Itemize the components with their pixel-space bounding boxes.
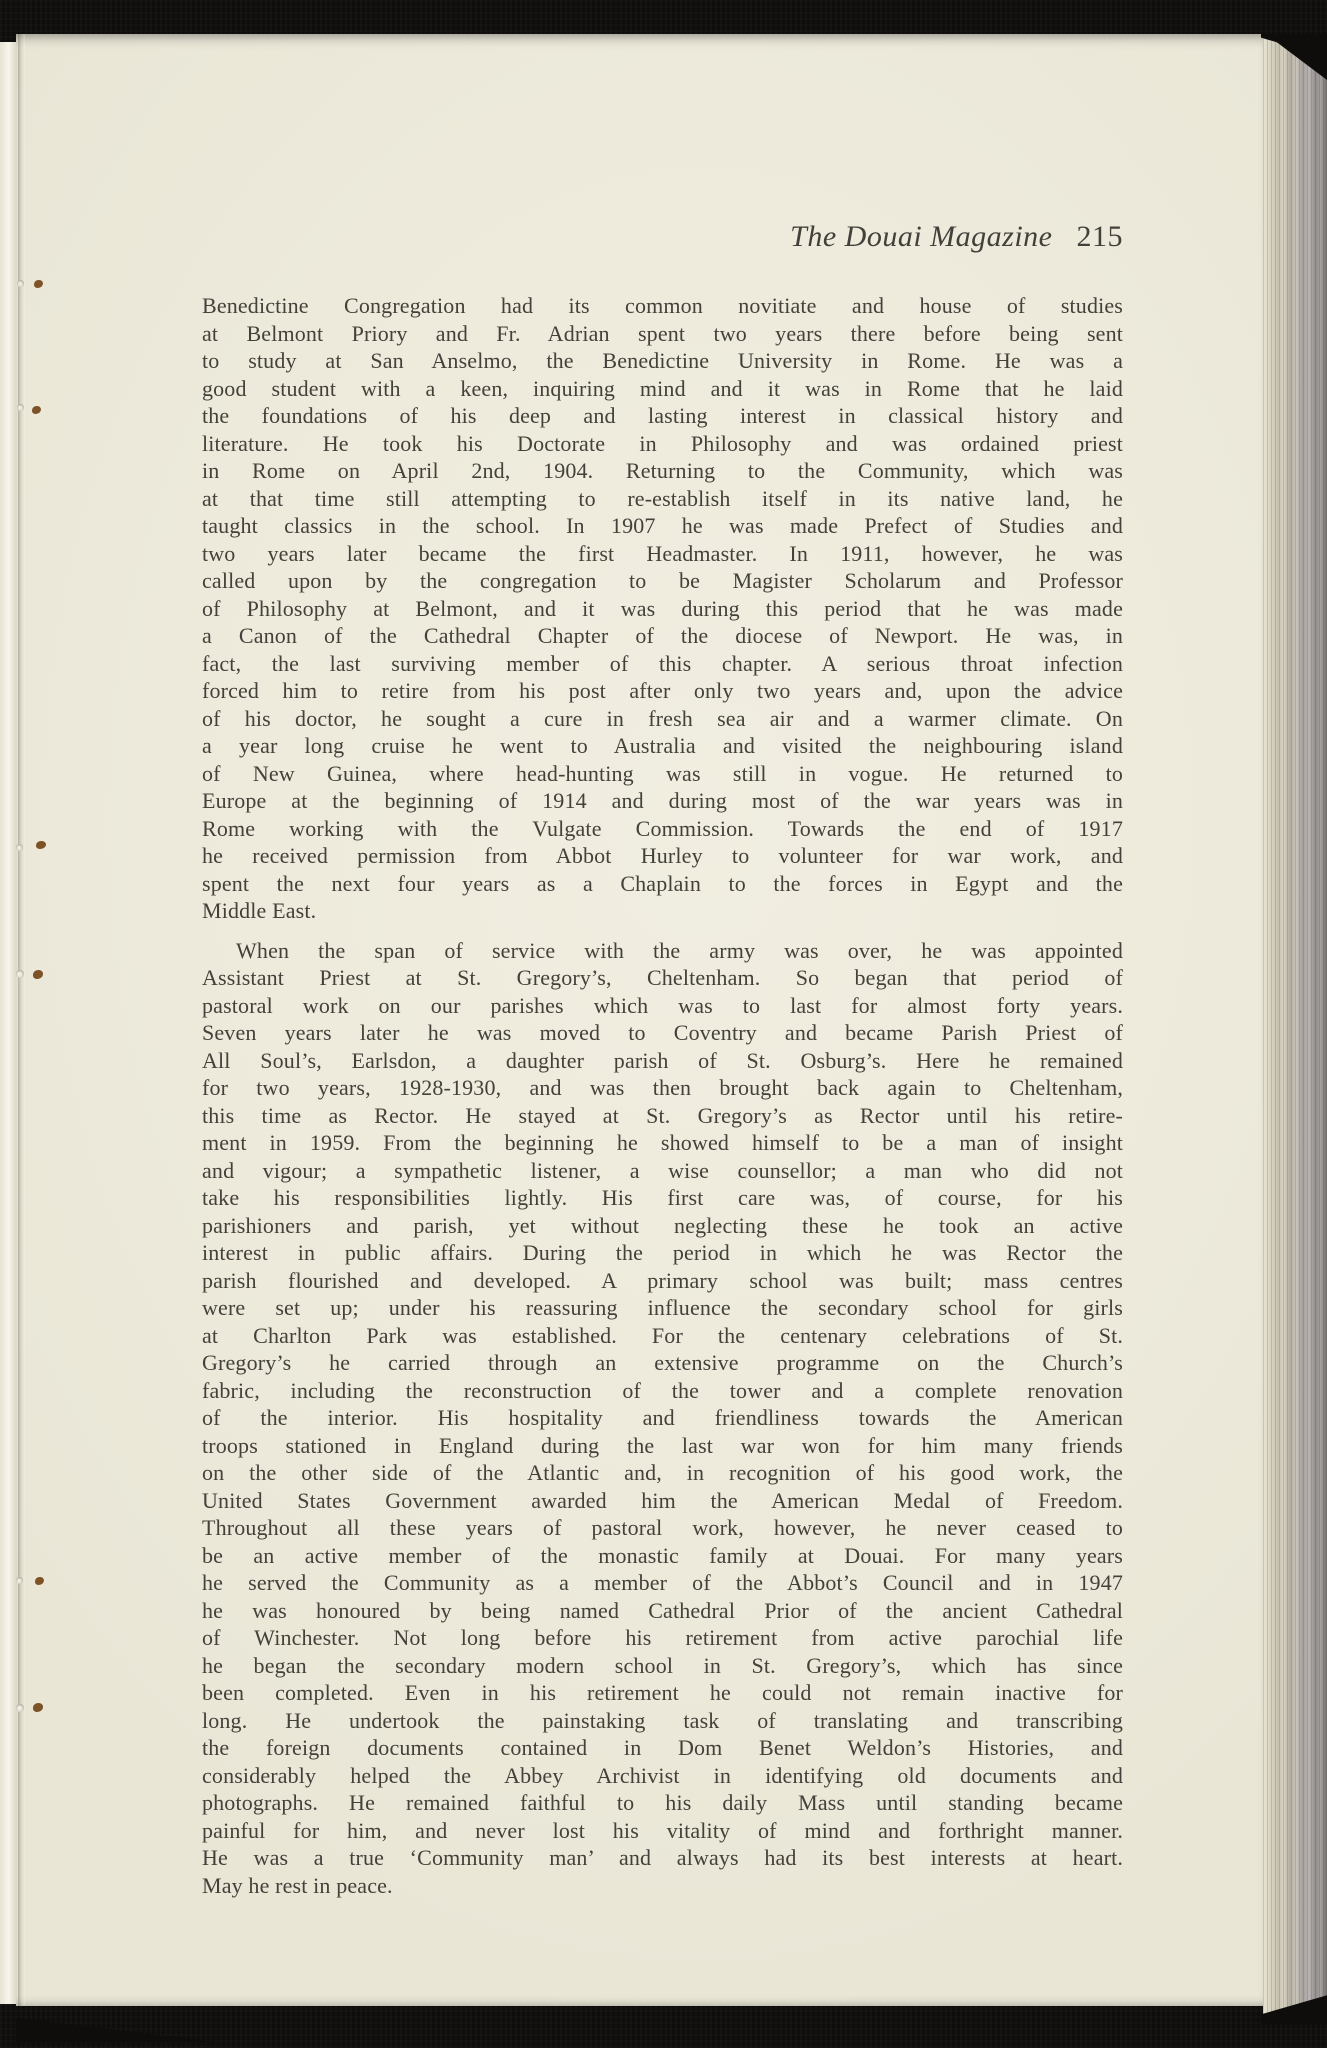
text-line: parishioners and parish, yet without neg… xyxy=(202,1212,1123,1240)
text-line: fact, the last surviving member of this … xyxy=(202,650,1123,678)
text-line: troops stationed in England during the l… xyxy=(202,1432,1123,1460)
text-line: in Rome on April 2nd, 1904. Returning to… xyxy=(202,457,1123,485)
text-line: called upon by the congregation to be Ma… xyxy=(202,567,1123,595)
text-line: taught classics in the school. In 1907 h… xyxy=(202,512,1123,540)
text-line: fabric, including the reconstruction of … xyxy=(202,1377,1123,1405)
page-number: 215 xyxy=(1077,220,1124,253)
text-line: photographs. He remained faithful to his… xyxy=(202,1789,1123,1817)
text-line: Assistant Priest at St. Gregory’s, Chelt… xyxy=(202,964,1123,992)
text-line: long. He undertook the painstaking task … xyxy=(202,1707,1123,1735)
text-line: Europe at the beginning of 1914 and duri… xyxy=(202,787,1123,815)
text-line: of the interior. His hospitality and fri… xyxy=(202,1404,1123,1432)
text-line: and vigour; a sympathetic listener, a wi… xyxy=(202,1157,1123,1185)
facing-page-edge xyxy=(0,42,16,2004)
text-line: of New Guinea, where head-hunting was st… xyxy=(202,760,1123,788)
running-header: The Douai Magazine215 xyxy=(202,220,1123,254)
text-line: spent the next four years as a Chaplain … xyxy=(202,870,1123,898)
background-shadow xyxy=(16,2018,216,2042)
text-line: he received permission from Abbot Hurley… xyxy=(202,842,1123,870)
scanned-book-photo: The Douai Magazine215 Benedictine Congre… xyxy=(0,0,1327,2048)
text-line: on the other side of the Atlantic and, i… xyxy=(202,1459,1123,1487)
text-line: pastoral work on our parishes which was … xyxy=(202,992,1123,1020)
text-line: he was honoured by being named Cathedral… xyxy=(202,1597,1123,1625)
stitch-hole-mark xyxy=(17,280,24,287)
paragraph-1: Benedictine Congregation had its common … xyxy=(202,292,1123,925)
text-line: at that time still attempting to re-esta… xyxy=(202,485,1123,513)
text-line: take his responsibilities lightly. His f… xyxy=(202,1184,1123,1212)
text-line: at Belmont Priory and Fr. Adrian spent t… xyxy=(202,320,1123,348)
text-line: be an active member of the monastic fami… xyxy=(202,1542,1123,1570)
text-line: been completed. Even in his retirement h… xyxy=(202,1679,1123,1707)
text-line: were set up; under his reassuring influe… xyxy=(202,1294,1123,1322)
text-line: Benedictine Congregation had its common … xyxy=(202,292,1123,320)
stain-mark xyxy=(33,1703,43,1712)
text-line: Gregory’s he carried through an extensiv… xyxy=(202,1349,1123,1377)
text-line: All Soul’s, Earlsdon, a daughter parish … xyxy=(202,1047,1123,1075)
stain-mark xyxy=(36,841,46,849)
stitch-hole-mark xyxy=(16,1704,24,1712)
stitch-hole-mark xyxy=(16,1577,23,1584)
text-line: a year long cruise he went to Australia … xyxy=(202,732,1123,760)
text-line: interest in public affairs. During the p… xyxy=(202,1239,1123,1267)
text-line: of Philosophy at Belmont, and it was dur… xyxy=(202,595,1123,623)
text-line: Rome working with the Vulgate Commission… xyxy=(202,815,1123,843)
text-line: of his doctor, he sought a cure in fresh… xyxy=(202,705,1123,733)
text-line: the foreign documents contained in Dom B… xyxy=(202,1734,1123,1762)
text-line: good student with a keen, inquiring mind… xyxy=(202,375,1123,403)
book-fore-edge-pages xyxy=(1263,38,1327,2016)
text-line: United States Government awarded him the… xyxy=(202,1487,1123,1515)
stitch-hole-mark xyxy=(16,844,23,851)
text-line: considerably helped the Abbey Archivist … xyxy=(202,1762,1123,1790)
text-line: May he rest in peace. xyxy=(202,1872,1123,1900)
text-line: ment in 1959. From the beginning he show… xyxy=(202,1129,1123,1157)
text-line: literature. He took his Doctorate in Phi… xyxy=(202,430,1123,458)
stain-mark xyxy=(35,1577,44,1585)
text-line: Throughout all these years of pastoral w… xyxy=(202,1514,1123,1542)
text-line: he began the secondary modern school in … xyxy=(202,1652,1123,1680)
text-line: forced him to retire from his post after… xyxy=(202,677,1123,705)
text-line: painful for him, and never lost his vita… xyxy=(202,1817,1123,1845)
book-page: The Douai Magazine215 Benedictine Congre… xyxy=(16,34,1264,2006)
obituary-text: Benedictine Congregation had its common … xyxy=(202,292,1123,1899)
text-line: of Winchester. Not long before his retir… xyxy=(202,1624,1123,1652)
stitch-hole-mark xyxy=(17,404,24,411)
text-line: When the span of service with the army w… xyxy=(202,937,1123,965)
text-line: for two years, 1928-1930, and was then b… xyxy=(202,1074,1123,1102)
text-line: He was a true ‘Community man’ and always… xyxy=(202,1844,1123,1872)
stain-mark xyxy=(33,970,43,979)
text-line: two years later became the first Headmas… xyxy=(202,540,1123,568)
text-line: at Charlton Park was established. For th… xyxy=(202,1322,1123,1350)
text-line: Middle East. xyxy=(202,897,1123,925)
text-line: a Canon of the Cathedral Chapter of the … xyxy=(202,622,1123,650)
magazine-title: The Douai Magazine xyxy=(790,220,1052,253)
text-line: to study at San Anselmo, the Benedictine… xyxy=(202,347,1123,375)
text-line: the foundations of his deep and lasting … xyxy=(202,402,1123,430)
stain-mark xyxy=(34,280,43,288)
stain-mark xyxy=(32,406,41,414)
text-line: he served the Community as a member of t… xyxy=(202,1569,1123,1597)
text-line: parish flourished and developed. A prima… xyxy=(202,1267,1123,1295)
text-line: Seven years later he was moved to Covent… xyxy=(202,1019,1123,1047)
stitch-hole-mark xyxy=(16,970,24,978)
text-line: this time as Rector. He stayed at St. Gr… xyxy=(202,1102,1123,1130)
paragraph-2: When the span of service with the army w… xyxy=(202,937,1123,1900)
